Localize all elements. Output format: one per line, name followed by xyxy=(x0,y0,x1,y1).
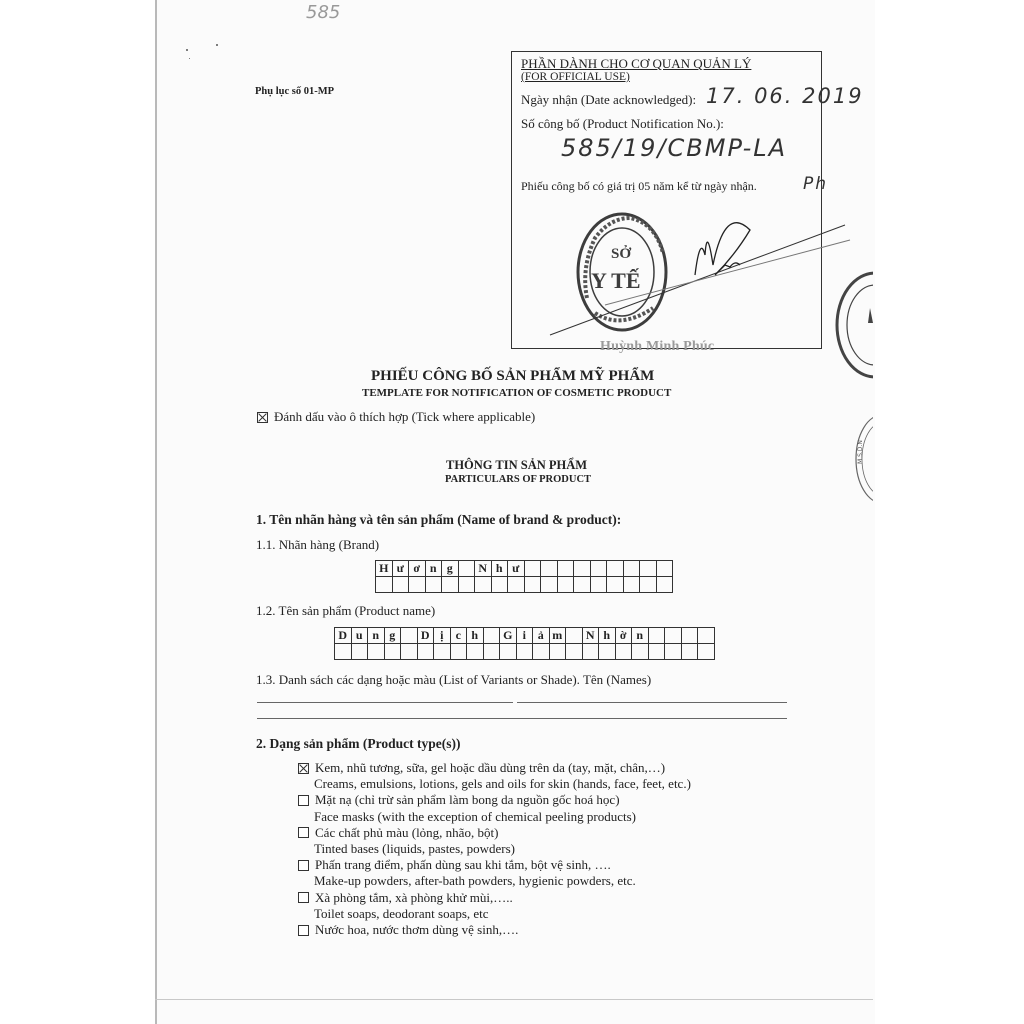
product-type-vn: Các chất phủ màu (lỏng, nhão, bột) xyxy=(315,825,498,840)
letter-cell: n xyxy=(425,561,442,577)
empty-cell xyxy=(401,644,418,660)
empty-cell xyxy=(475,577,492,593)
empty-cell xyxy=(434,644,451,660)
letter-cell xyxy=(640,561,657,577)
empty-cell xyxy=(590,577,607,593)
empty-cell xyxy=(623,577,640,593)
letter-cell: i xyxy=(516,628,533,644)
empty-cell xyxy=(665,644,682,660)
product-name-label: 1.2. Tên sản phẩm (Product name) xyxy=(256,603,435,619)
empty-cell xyxy=(458,577,475,593)
product-type-option: Xà phòng tắm, xà phòng khử mùi,….. xyxy=(298,890,691,906)
unchecked-box-icon xyxy=(298,925,309,936)
letter-cell xyxy=(590,561,607,577)
variants-blank-line xyxy=(257,718,787,719)
signer-name: Huỳnh Minh Phúc xyxy=(600,339,714,355)
empty-cell xyxy=(541,577,558,593)
product-type-en: Tinted bases (liquids, pastes, powders) xyxy=(298,841,691,857)
letter-cell xyxy=(648,628,665,644)
brand-grid-row xyxy=(376,577,673,593)
unchecked-box-icon xyxy=(298,827,309,838)
official-use-subtitle: (FOR OFFICIAL USE) xyxy=(521,71,630,83)
date-acknowledged-value: 17. 06. 2019 xyxy=(706,84,864,108)
company-seal-stamp: M.S.D.N xyxy=(852,412,873,507)
product-type-option: Mặt nạ (chỉ trừ sản phẩm làm bong da ngu… xyxy=(298,792,691,808)
product-letter-grid: DungDịchGiảmNhờn xyxy=(334,627,715,660)
letter-cell xyxy=(524,561,541,577)
product-type-vn: Kem, nhũ tương, sữa, gel hoặc dầu dùng t… xyxy=(315,760,665,775)
empty-cell xyxy=(491,577,508,593)
empty-cell xyxy=(442,577,459,593)
letter-cell: ả xyxy=(533,628,550,644)
variants-label: 1.3. Danh sách các dạng hoặc màu (List o… xyxy=(256,672,651,688)
product-grid-row: DungDịchGiảmNhờn xyxy=(335,628,715,644)
empty-cell xyxy=(549,644,566,660)
validity-note: Phiếu công bố có giá trị 05 năm kể từ ng… xyxy=(521,179,757,194)
empty-cell xyxy=(533,644,550,660)
letter-cell xyxy=(665,628,682,644)
letter-cell: h xyxy=(599,628,616,644)
empty-cell xyxy=(632,644,649,660)
page-bottom-rule xyxy=(155,999,873,1000)
pencil-page-mark: 585 xyxy=(306,2,340,23)
letter-cell: N xyxy=(582,628,599,644)
letter-cell xyxy=(483,628,500,644)
tick-instruction-text: Đánh dấu vào ô thích hợp (Tick where app… xyxy=(274,409,535,424)
unchecked-box-icon xyxy=(298,795,309,806)
checked-box-icon xyxy=(257,412,268,423)
product-type-list: Kem, nhũ tương, sữa, gel hoặc dầu dùng t… xyxy=(298,760,691,938)
empty-cell xyxy=(500,644,517,660)
tick-instruction: Đánh dấu vào ô thích hợp (Tick where app… xyxy=(257,409,535,425)
unchecked-box-icon xyxy=(298,892,309,903)
form-title-en: TEMPLATE FOR NOTIFICATION OF COSMETIC PR… xyxy=(362,387,671,399)
empty-cell xyxy=(524,577,541,593)
empty-cell xyxy=(392,577,409,593)
letter-cell xyxy=(607,561,624,577)
form-title-vn: PHIẾU CÔNG BỐ SẢN PHẨM MỸ PHẨM xyxy=(371,368,654,385)
empty-cell xyxy=(566,644,583,660)
letter-cell: G xyxy=(500,628,517,644)
variants-blank-line xyxy=(517,702,787,703)
empty-cell xyxy=(557,577,574,593)
letter-cell: D xyxy=(335,628,352,644)
letter-cell: h xyxy=(491,561,508,577)
product-type-option: Các chất phủ màu (lỏng, nhão, bột) xyxy=(298,825,691,841)
empty-cell xyxy=(574,577,591,593)
empty-cell xyxy=(483,644,500,660)
signature xyxy=(545,215,855,340)
empty-cell xyxy=(368,644,385,660)
letter-cell xyxy=(541,561,558,577)
empty-cell xyxy=(599,644,616,660)
letter-cell: N xyxy=(475,561,492,577)
empty-cell xyxy=(698,644,715,660)
empty-cell xyxy=(681,644,698,660)
letter-cell xyxy=(566,628,583,644)
empty-cell xyxy=(516,644,533,660)
letter-cell: ư xyxy=(392,561,409,577)
checked-box-icon xyxy=(298,763,309,774)
product-type-vn: Nước hoa, nước thơm dùng vệ sinh,…. xyxy=(315,922,518,937)
empty-cell xyxy=(384,644,401,660)
empty-cell xyxy=(351,644,368,660)
brand-label: 1.1. Nhãn hàng (Brand) xyxy=(256,537,379,553)
letter-cell: n xyxy=(632,628,649,644)
letter-cell: H xyxy=(376,561,393,577)
letter-cell: h xyxy=(467,628,484,644)
empty-cell xyxy=(508,577,525,593)
product-type-en: Toilet soaps, deodorant soaps, etc xyxy=(298,906,691,922)
product-type-vn: Phấn trang điểm, phấn dùng sau khi tắm, … xyxy=(315,857,611,872)
product-type-en: Creams, emulsions, lotions, gels and oil… xyxy=(298,776,691,792)
product-grid-row xyxy=(335,644,715,660)
side-seal-stamp xyxy=(830,268,873,383)
empty-cell xyxy=(615,644,632,660)
annex-label: Phụ lục số 01-MP xyxy=(255,86,334,97)
item1-heading: 1. Tên nhãn hàng và tên sản phẩm (Name o… xyxy=(256,512,621,528)
product-type-vn: Xà phòng tắm, xà phòng khử mùi,….. xyxy=(315,890,513,905)
empty-cell xyxy=(335,644,352,660)
letter-cell: ư xyxy=(508,561,525,577)
letter-cell: ờ xyxy=(615,628,632,644)
empty-cell xyxy=(450,644,467,660)
letter-cell: c xyxy=(450,628,467,644)
letter-cell: ơ xyxy=(409,561,426,577)
letter-cell xyxy=(656,561,673,577)
notification-no-label: Số công bố (Product Notification No.): xyxy=(521,116,724,132)
brand-letter-grid: HươngNhư xyxy=(375,560,673,593)
letter-cell xyxy=(557,561,574,577)
variants-blank-line xyxy=(257,702,513,703)
letter-cell: g xyxy=(384,628,401,644)
product-type-vn: Mặt nạ (chỉ trừ sản phẩm làm bong da ngu… xyxy=(315,792,620,807)
empty-cell xyxy=(648,644,665,660)
empty-cell xyxy=(417,644,434,660)
letter-cell xyxy=(458,561,475,577)
scan-speck xyxy=(216,44,218,46)
product-type-option: Nước hoa, nước thơm dùng vệ sinh,…. xyxy=(298,922,691,938)
empty-cell xyxy=(582,644,599,660)
section-title-vn: THÔNG TIN SẢN PHẨM xyxy=(446,458,587,473)
letter-cell: n xyxy=(368,628,385,644)
product-type-option: Phấn trang điểm, phấn dùng sau khi tắm, … xyxy=(298,857,691,873)
letter-cell: g xyxy=(442,561,459,577)
scan-speck xyxy=(186,49,188,51)
empty-cell xyxy=(409,577,426,593)
notification-no-value: 585/19/CBMP-LA xyxy=(561,134,787,162)
letter-cell: m xyxy=(549,628,566,644)
empty-cell xyxy=(640,577,657,593)
empty-cell xyxy=(425,577,442,593)
letter-cell xyxy=(623,561,640,577)
letter-cell: D xyxy=(417,628,434,644)
date-acknowledged-label: Ngày nhận (Date acknowledged): xyxy=(521,92,696,108)
empty-cell xyxy=(376,577,393,593)
unchecked-box-icon xyxy=(298,860,309,871)
product-type-option: Kem, nhũ tương, sữa, gel hoặc dầu dùng t… xyxy=(298,760,691,776)
official-use-title: PHẦN DÀNH CHO CƠ QUAN QUẢN LÝ xyxy=(521,56,751,72)
scan-speck xyxy=(189,58,190,59)
svg-text:M.S.D.N: M.S.D.N xyxy=(857,440,864,464)
brand-grid-row: HươngNhư xyxy=(376,561,673,577)
empty-cell xyxy=(607,577,624,593)
letter-cell xyxy=(681,628,698,644)
product-type-en: Make-up powders, after-bath powders, hyg… xyxy=(298,873,691,889)
product-type-en: Face masks (with the exception of chemic… xyxy=(298,809,691,825)
letter-cell xyxy=(401,628,418,644)
letter-cell xyxy=(698,628,715,644)
empty-cell xyxy=(656,577,673,593)
section-title-en: PARTICULARS OF PRODUCT xyxy=(445,474,591,485)
letter-cell: u xyxy=(351,628,368,644)
letter-cell: ị xyxy=(434,628,451,644)
initials-mark: Ph xyxy=(803,174,828,194)
letter-cell xyxy=(574,561,591,577)
empty-cell xyxy=(467,644,484,660)
item2-heading: 2. Dạng sản phẩm (Product type(s)) xyxy=(256,736,461,752)
